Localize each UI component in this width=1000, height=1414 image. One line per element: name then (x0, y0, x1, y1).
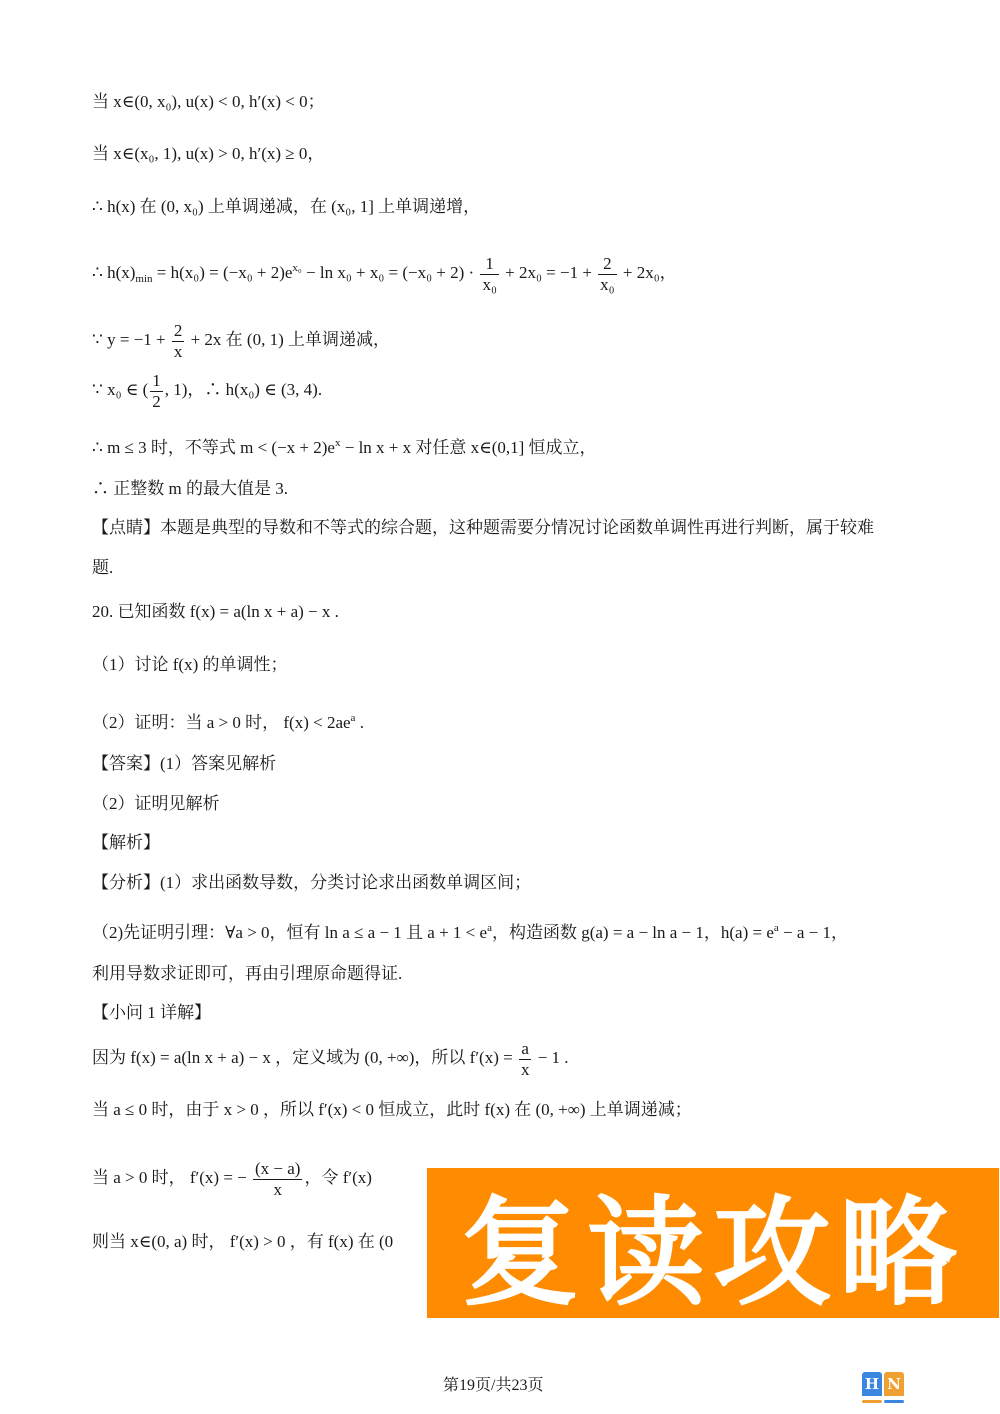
solution-line: 当 a > 0 时， f′(x) = − (x − a)x，令 f′(x) (92, 1156, 372, 1200)
page-number: 第19页/共23页 (443, 1372, 543, 1395)
solution-line: 因为 f(x) = a(ln x + a) − x ，定义域为 (0, +∞)，… (92, 1036, 569, 1080)
text: 当 a > 0 时， f′(x) = − (92, 1168, 251, 1187)
text-line: ∴ 正整数 m 的最大值是 3. (92, 477, 288, 501)
question-part: （1）讨论 f(x) 的单调性； (92, 653, 287, 677)
text: （2)先证明引理：∀a > 0，恒有 ln a ≤ a − 1 且 a + 1 … (92, 923, 487, 942)
logo-letter-n: N (884, 1372, 904, 1396)
text: − a − 1， (779, 923, 848, 942)
formula-line: ∴ m ≤ 3 时，不等式 m < (−x + 2)ex − ln x + x … (92, 431, 597, 460)
fraction: ax (519, 1039, 532, 1080)
analysis-line: 【分析】(1）求出函数导数，分类讨论求出函数单调区间； (92, 871, 531, 895)
text: + 2x 在 (0, 1) 上单调递减， (186, 330, 390, 349)
logo-underline (884, 1400, 904, 1403)
fraction: 12 (150, 371, 163, 412)
fraction: (x − a)x (253, 1159, 302, 1200)
text-line: 当 x∈(0, x₀), u(x) < 0, h′(x) < 0； (92, 90, 325, 114)
question-title: 20. 已知函数 f(x) = a(ln x + a) − x . (92, 600, 339, 624)
text: ，令 f′(x) (304, 1168, 371, 1187)
text: = h(x₀) = (−x₀ + 2)e (153, 263, 293, 282)
formula-line: ∵ x₀ ∈ (12, 1)，∴ h(x₀) ∈ (3, 4). (92, 368, 322, 412)
section-heading: 【小问 1 详解】 (92, 1001, 211, 1025)
logo-underline (862, 1400, 882, 1403)
section-heading: 【解析】 (92, 831, 160, 855)
superscript: x₀ (292, 262, 301, 274)
text: + 2x₀， (619, 263, 677, 282)
text: . (355, 713, 364, 732)
fraction: 1x₀ (480, 254, 498, 295)
subscript: min (135, 273, 152, 285)
analysis-line: 利用导数求证即可，再由引理原命题得证. (92, 962, 402, 986)
fraction: 2x (172, 321, 185, 362)
hn-logo-icon: H N (862, 1372, 906, 1406)
text: − 1 . (533, 1048, 568, 1067)
text: ，构造函数 g(a) = a − ln a − 1，h(a) = e (492, 923, 774, 942)
banner-text: 复读攻略 (461, 1158, 965, 1328)
text: 因为 f(x) = a(ln x + a) − x ，定义域为 (0, +∞)，… (92, 1048, 517, 1067)
text-line: 当 x∈(x₀, 1), u(x) > 0, h′(x) ≥ 0， (92, 142, 324, 166)
note-line: 题. (92, 556, 113, 580)
text: ∴ h(x) (92, 263, 135, 282)
logo-letter-h: H (862, 1372, 882, 1396)
question-part: （2）证明：当 a > 0 时， f(x) < 2aea . (92, 706, 364, 735)
answer-line: （2）证明见解析 (92, 792, 220, 816)
text-line: ∴ h(x) 在 (0, x₀) 上单调递减，在 (x₀, 1] 上单调递增， (92, 195, 480, 219)
text: ∴ m ≤ 3 时，不等式 m < (−x + 2)e (92, 438, 335, 457)
solution-line: 则当 x∈(0, a) 时， f′(x) > 0 ，有 f(x) 在 (0 (92, 1230, 393, 1254)
watermark-banner: 复读攻略 (427, 1168, 999, 1318)
text: ∵ x₀ ∈ ( (92, 380, 148, 399)
text: ∵ y = −1 + (92, 330, 170, 349)
note-line: 【点睛】本题是典型的导数和不等式的综合题，这种题需要分情况讨论函数单调性再进行判… (92, 516, 874, 540)
text: + 2x₀ = −1 + (501, 263, 596, 282)
formula-line: ∵ y = −1 + 2x + 2x 在 (0, 1) 上单调递减， (92, 318, 390, 362)
fraction: 2x₀ (598, 254, 616, 295)
formula-line: ∴ h(x)min = h(x₀) = (−x₀ + 2)ex₀ − ln x₀… (92, 246, 677, 301)
answer-line: 【答案】(1）答案见解析 (92, 752, 276, 776)
text: − ln x + x 对任意 x∈(0,1] 恒成立， (340, 438, 596, 457)
text: （2）证明：当 a > 0 时， f(x) < 2ae (92, 713, 351, 732)
text: − ln x₀ + x₀ = (−x₀ + 2) · (302, 263, 479, 282)
solution-line: 当 a ≤ 0 时，由于 x > 0 ，所以 f′(x) < 0 恒成立，此时 … (92, 1098, 692, 1122)
text: , 1)，∴ h(x₀) ∈ (3, 4). (165, 380, 322, 399)
analysis-line: （2)先证明引理：∀a > 0，恒有 ln a ≤ a − 1 且 a + 1 … (92, 916, 848, 945)
